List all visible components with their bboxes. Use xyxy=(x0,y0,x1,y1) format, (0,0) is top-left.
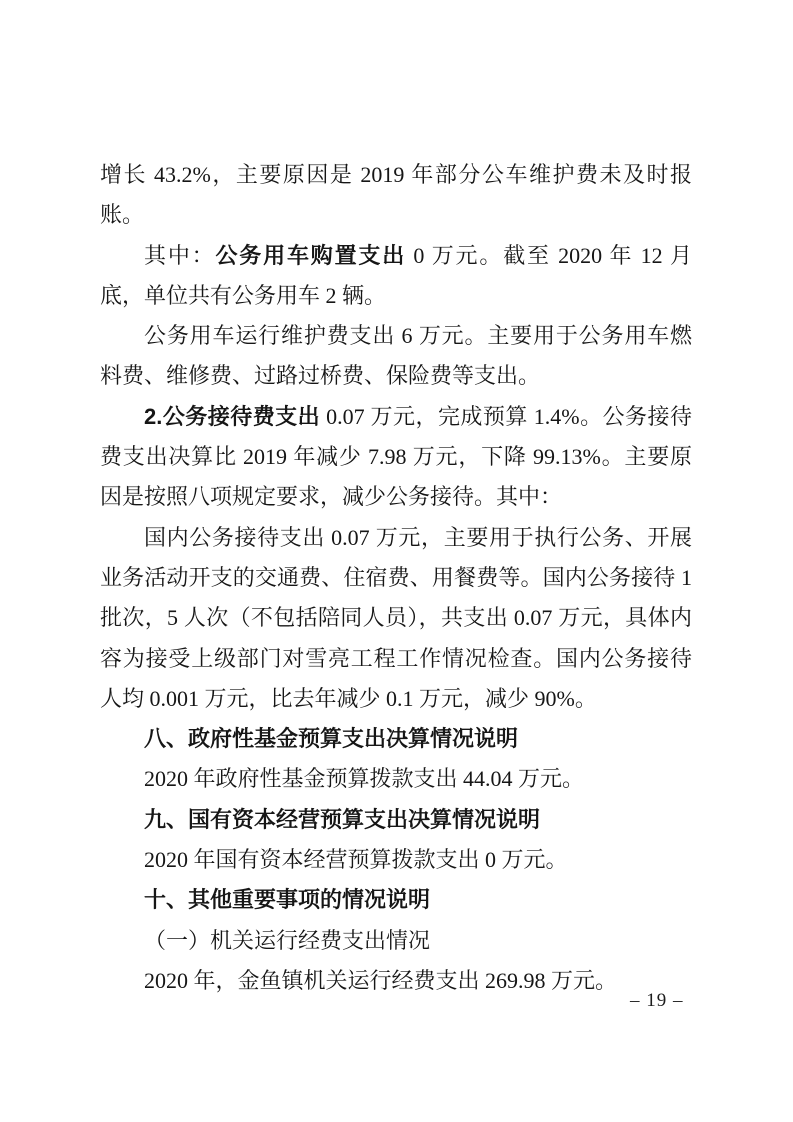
paragraph-state-capital-value: 2020 年国有资本经营预算拨款支出 0 万元。 xyxy=(100,840,692,880)
paragraph-text: 公务用车运行维护费支出 6 万元。主要用于公务用车燃料费、维修费、过路过桥费、保… xyxy=(100,323,692,388)
paragraph-official-reception: 2.公务接待费支出 0.07 万元，完成预算 1.4%。公务接待费支出决算比 2… xyxy=(100,397,692,518)
paragraph-text: 国内公务接待支出 0.07 万元，主要用于执行公务、开展业务活动开支的交通费、住… xyxy=(100,525,692,711)
bold-run-official-reception: 2.公务接待费支出 xyxy=(144,404,320,429)
paragraph-growth-carryover: 增长 43.2%，主要原因是 2019 年部分公车维护费未及时报账。 xyxy=(100,155,692,236)
paragraph-domestic-reception: 国内公务接待支出 0.07 万元，主要用于执行公务、开展业务活动开支的交通费、住… xyxy=(100,518,692,719)
paragraph-operating-expense-value: 2020 年，金鱼镇机关运行经费支出 269.98 万元。 xyxy=(100,961,692,1001)
bold-run-vehicle-purchase: 公务用车购置支出 xyxy=(215,243,406,268)
subsection-heading-operating-expense: （一）机关运行经费支出情况 xyxy=(100,921,692,961)
paragraph-gov-fund-value: 2020 年政府性基金预算拨款支出 44.04 万元。 xyxy=(100,759,692,799)
paragraph-text: 2020 年国有资本经营预算拨款支出 0 万元。 xyxy=(144,847,568,872)
paragraph-text: 2020 年，金鱼镇机关运行经费支出 269.98 万元。 xyxy=(144,968,617,993)
paragraph-text: 其中： xyxy=(144,243,215,268)
document-page: 增长 43.2%，主要原因是 2019 年部分公车维护费未及时报账。 其中：公务… xyxy=(0,0,793,1122)
paragraph-text: 增长 43.2%，主要原因是 2019 年部分公车维护费未及时报账。 xyxy=(100,162,692,227)
document-content: 增长 43.2%，主要原因是 2019 年部分公车维护费未及时报账。 其中：公务… xyxy=(100,155,692,1001)
paragraph-vehicle-maintenance: 公务用车运行维护费支出 6 万元。主要用于公务用车燃料费、维修费、过路过桥费、保… xyxy=(100,316,692,397)
section-heading-10-other-matters: 十、其他重要事项的情况说明 xyxy=(100,880,692,920)
section-heading-8-gov-fund: 八、政府性基金预算支出决算情况说明 xyxy=(100,719,692,759)
paragraph-vehicle-purchase: 其中：公务用车购置支出 0 万元。截至 2020 年 12 月底，单位共有公务用… xyxy=(100,236,692,317)
section-heading-9-state-capital: 九、国有资本经营预算支出决算情况说明 xyxy=(100,800,692,840)
paragraph-text: 2020 年政府性基金预算拨款支出 44.04 万元。 xyxy=(144,766,584,791)
page-number: – 19 – xyxy=(630,990,684,1012)
